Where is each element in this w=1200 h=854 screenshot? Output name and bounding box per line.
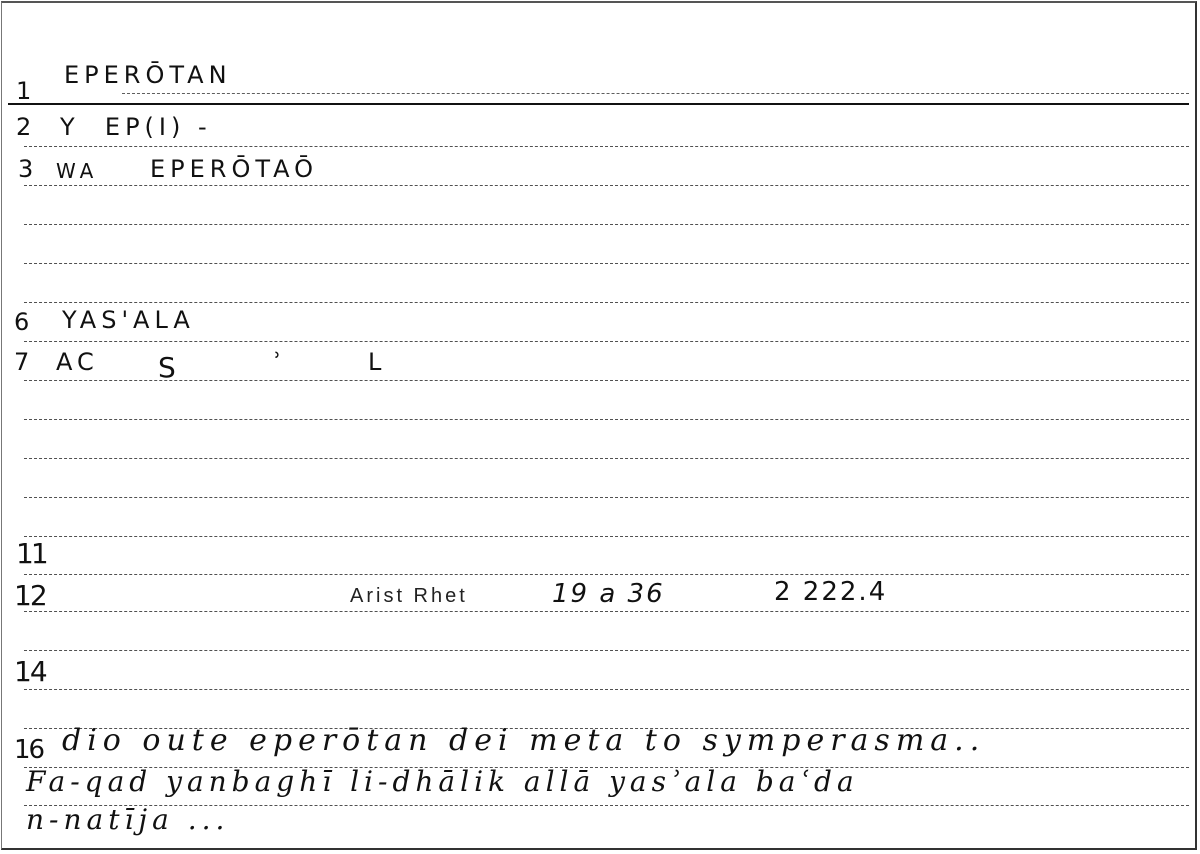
greek-quotation: dio oute eperōtan dei meta to symperasma… — [62, 723, 985, 758]
ruled-line — [24, 536, 1189, 537]
source-citation: Arist Rhet — [350, 585, 468, 608]
ruled-line — [122, 93, 1189, 94]
line-number: 1 — [16, 77, 31, 105]
entry-text: YAS'ALA — [62, 306, 195, 334]
ruled-line — [24, 302, 1189, 303]
ruled-line — [24, 341, 1189, 342]
line-number: 7 — [14, 348, 29, 376]
entry-text: EPERŌTAŌ — [150, 155, 318, 183]
arabic-translation-continued: n-natīja ... — [26, 803, 229, 836]
page-reference: 2 222.4 — [774, 577, 887, 607]
ruled-line — [24, 689, 1189, 690]
arabic-translation: Fa-qad yanbaghī li-dhālik allā yasʾala b… — [26, 765, 859, 798]
ruled-line — [24, 380, 1189, 381]
ruled-line — [24, 419, 1189, 420]
entry-col-2: ʾ — [274, 348, 286, 376]
ruled-line — [24, 497, 1189, 498]
line-number: 14 — [14, 655, 46, 688]
header-rule — [8, 103, 1189, 105]
line-number: 2 — [16, 113, 31, 141]
ruled-line — [24, 224, 1189, 225]
line-number: 3 — [18, 155, 33, 183]
line-number: 12 — [14, 579, 46, 612]
entry-text: Y EP(I) - — [60, 113, 212, 141]
source-locus: 19 a 36 — [552, 579, 665, 609]
line-number: 16 — [14, 735, 43, 765]
entry-col-3: L — [368, 348, 386, 376]
entry-label: WA — [56, 159, 98, 183]
ruled-line — [24, 650, 1189, 651]
line-number: 11 — [16, 537, 46, 570]
entry-col-1: S — [158, 351, 181, 384]
index-card: 1 EPERŌTAN 2 Y EP(I) - 3 WA EPERŌTAŌ 6 Y… — [1, 1, 1197, 850]
ruled-line — [24, 146, 1189, 147]
ruled-line — [24, 458, 1189, 459]
ruled-line — [24, 263, 1189, 264]
ruled-line — [24, 185, 1189, 186]
entry-label: AC — [56, 348, 99, 376]
line-number: 6 — [14, 308, 29, 336]
ruled-line — [24, 611, 1189, 612]
entry-headword: EPERŌTAN — [64, 61, 232, 89]
ruled-line — [24, 574, 1189, 575]
